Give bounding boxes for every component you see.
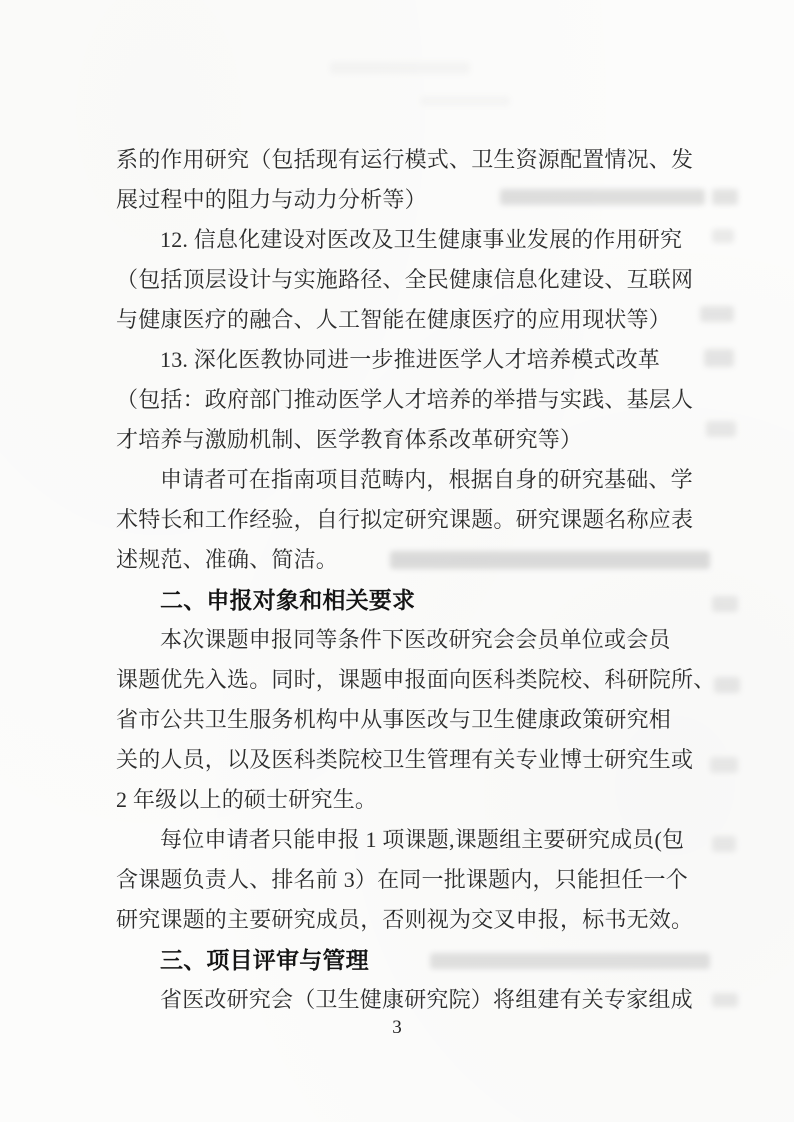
text-line: 展过程中的阻力与动力分析等）: [116, 180, 712, 220]
text-line: 关的人员，以及医科类院校卫生管理有关专业博士研究生或: [116, 740, 712, 780]
document-text: 系的作用研究（包括现有运行模式、卫生资源配置情况、发 展过程中的阻力与动力分析等…: [116, 140, 712, 1020]
text-line: 研究课题的主要研究成员，否则视为交叉申报，标书无效。: [116, 900, 712, 940]
text-line-item-12: 12. 信息化建设对医改及卫生健康事业发展的作用研究: [116, 220, 712, 260]
text-line: 省市公共卫生服务机构中从事医改与卫生健康政策研究相: [116, 700, 712, 740]
text-line: 2 年级以上的硕士研究生。: [116, 780, 712, 820]
bleedthrough-mark: [712, 993, 738, 1007]
text-line: 含课题负责人、排名前 3）在同一批课题内，只能担任一个: [116, 860, 712, 900]
text-line: （包括：政府部门推动医学人才培养的举措与实践、基层人: [116, 380, 712, 420]
text-line: 每位申请者只能申报 1 项课题,课题组主要研究成员(包: [116, 820, 712, 860]
text-line: 课题优先入选。同时，课题申报面向医科类院校、科研院所、: [116, 660, 712, 700]
bleedthrough-mark: [712, 596, 738, 612]
text-line: 系的作用研究（包括现有运行模式、卫生资源配置情况、发: [116, 140, 712, 180]
bleedthrough-mark: [714, 677, 740, 693]
text-line: 术特长和工作经验，自行拟定研究课题。研究课题名称应表: [116, 500, 712, 540]
section-heading-3: 三、项目评审与管理: [116, 940, 712, 980]
text-line: 才培养与激励机制、医学教育体系改革研究等）: [116, 420, 712, 460]
text-line: 本次课题申报同等条件下医改研究会会员单位或会员: [116, 620, 712, 660]
page-number: 3: [0, 1014, 794, 1042]
bleedthrough-mark: [712, 836, 736, 852]
bleedthrough-mark: [712, 229, 734, 243]
text-line-item-13: 13. 深化医教协同进一步推进医学人才培养模式改革: [116, 340, 712, 380]
bleedthrough-mark: [330, 62, 470, 74]
bleedthrough-mark: [712, 189, 738, 205]
bleedthrough-mark: [710, 757, 738, 773]
bleedthrough-mark: [420, 96, 510, 106]
section-heading-2: 二、申报对象和相关要求: [116, 580, 712, 620]
text-line: 与健康医疗的融合、人工智能在健康医疗的应用现状等）: [116, 300, 712, 340]
text-line: 述规范、准确、简洁。: [116, 540, 712, 580]
document-page: 系的作用研究（包括现有运行模式、卫生资源配置情况、发 展过程中的阻力与动力分析等…: [0, 0, 794, 1122]
text-line: （包括顶层设计与实施路径、全民健康信息化建设、互联网: [116, 260, 712, 300]
text-line: 申请者可在指南项目范畴内，根据自身的研究基础、学: [116, 460, 712, 500]
